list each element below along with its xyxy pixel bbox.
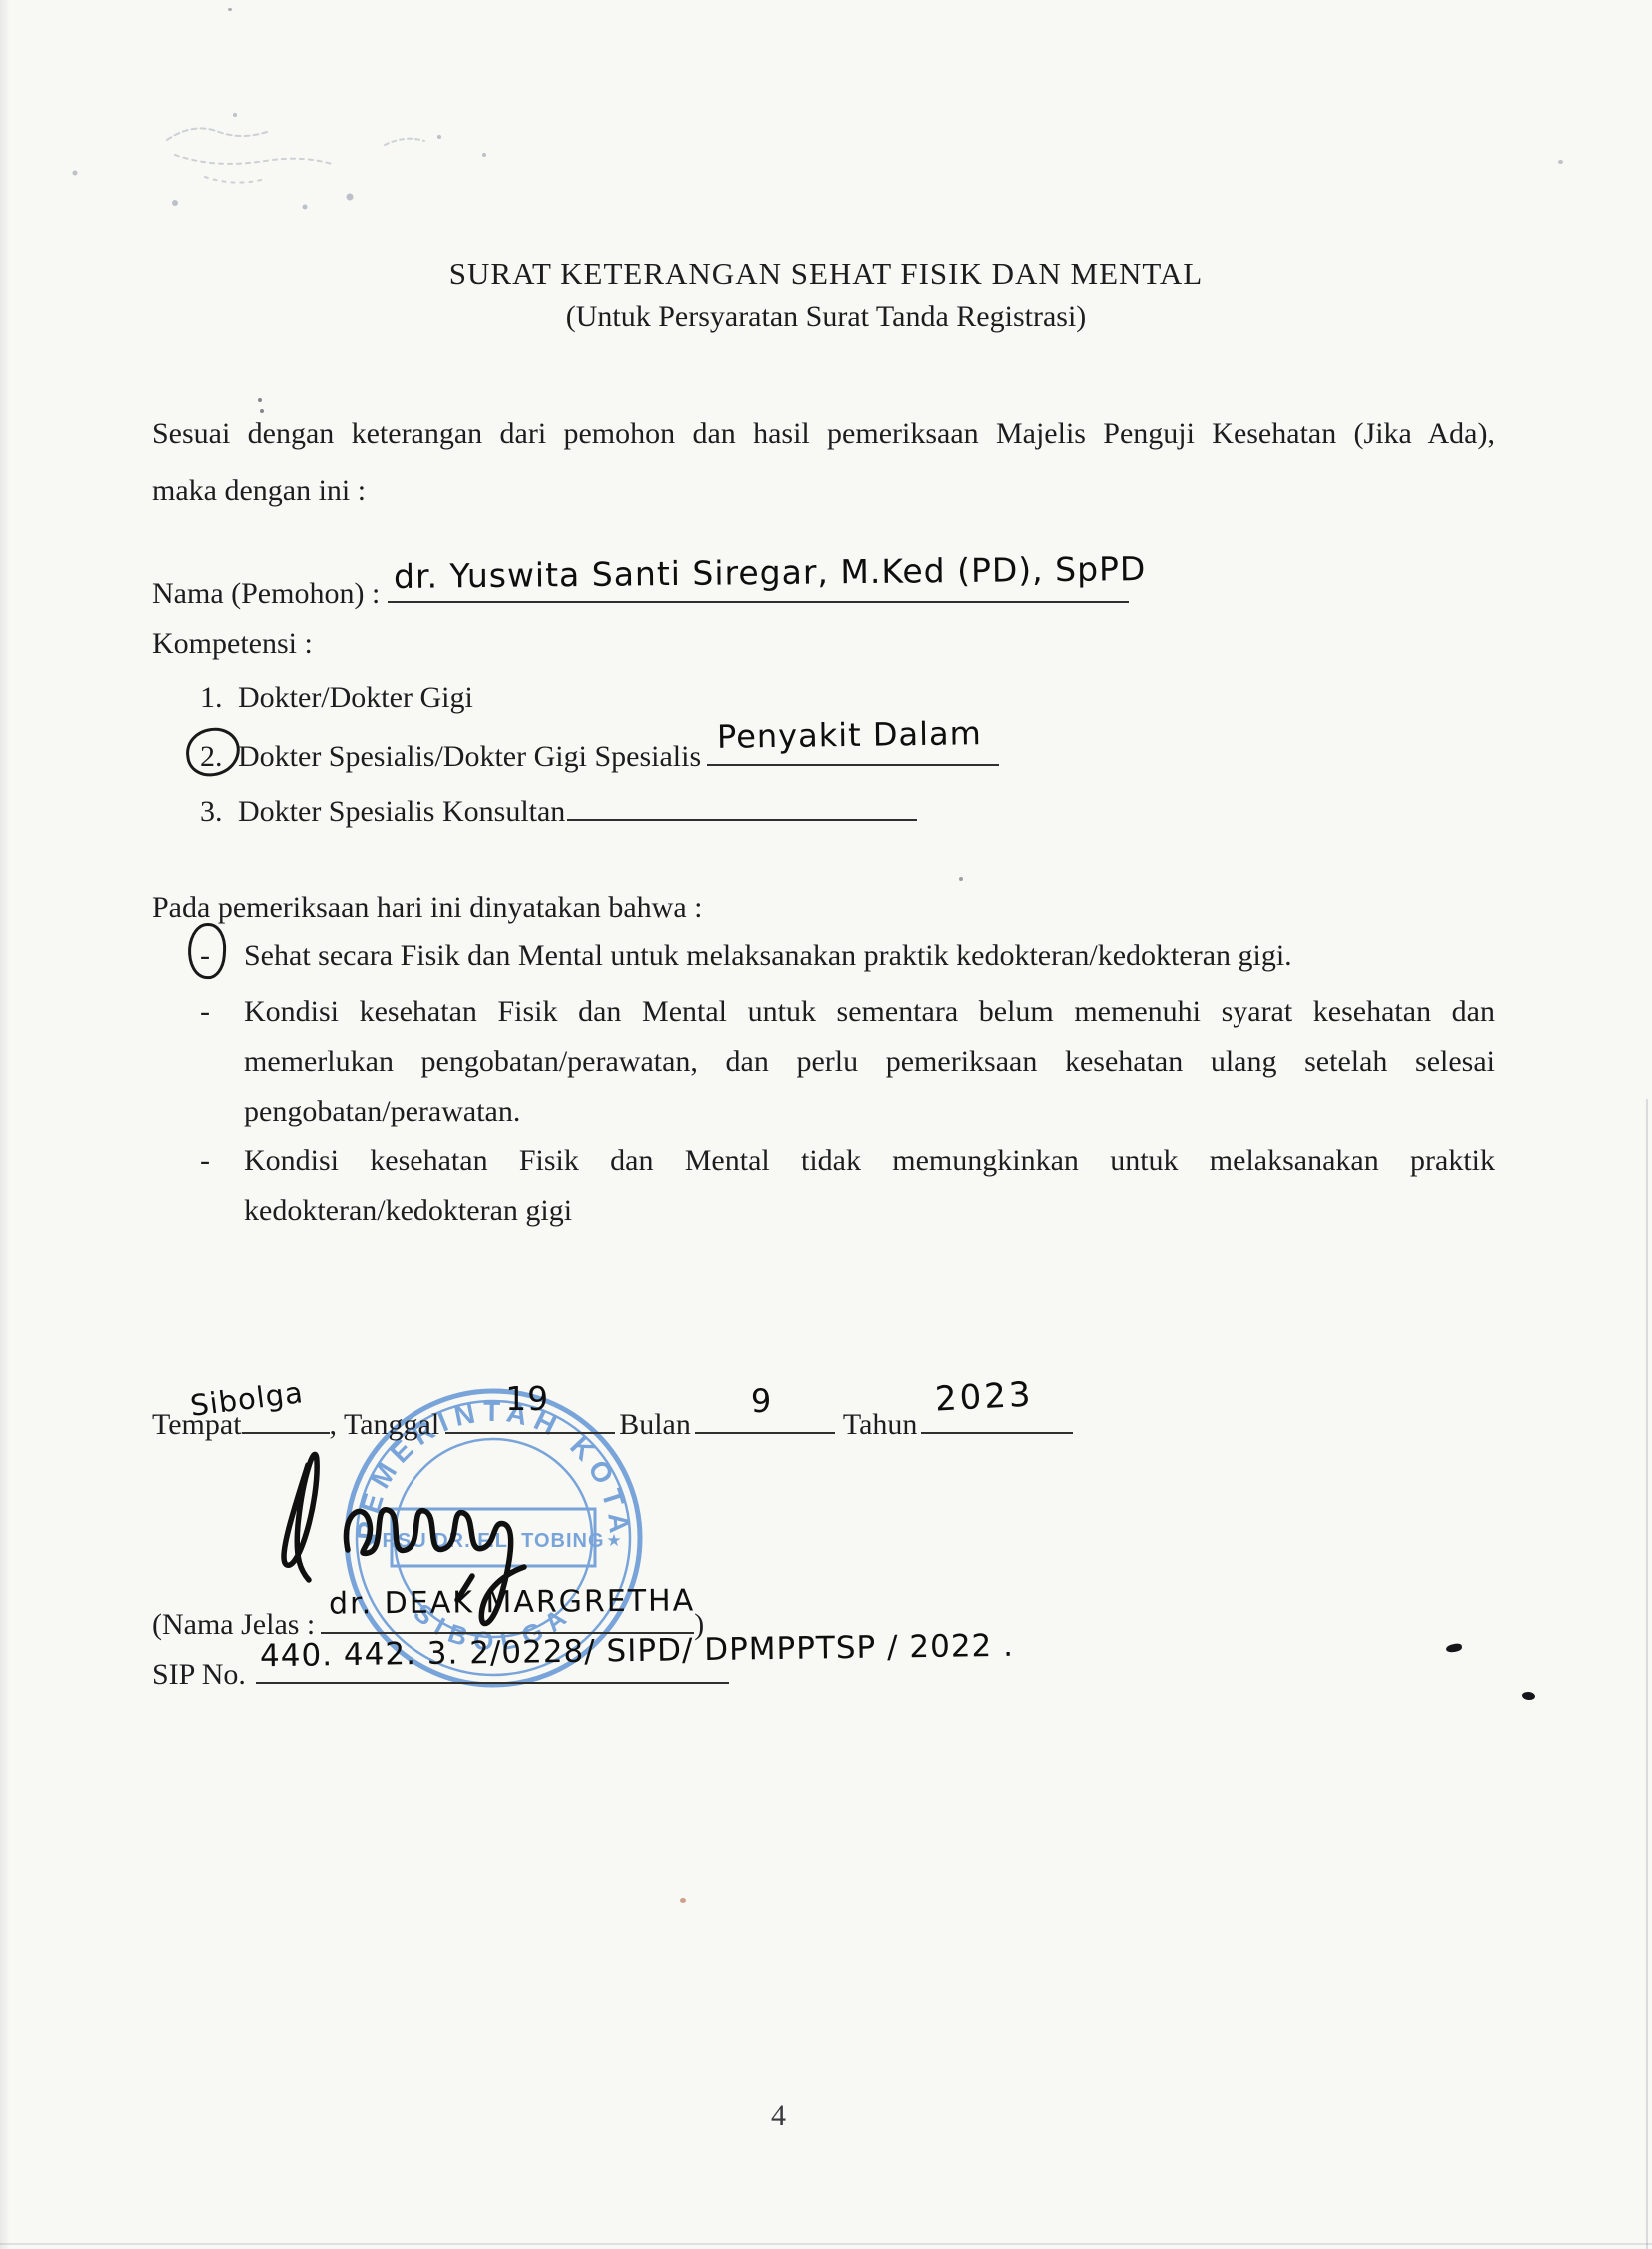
pencil-smudge xyxy=(55,85,494,235)
kompetensi-item-3: 3. Dokter Spesialis Konsultan xyxy=(200,783,917,837)
kompetensi-label: Kompetensi : xyxy=(152,619,313,669)
statement-option-3: - Kondisi kesehatan Fisik dan Mental tid… xyxy=(200,1136,1495,1236)
applicant-name-handwritten: dr. Yuswita Santi Siregar, M.Ked (PD), S… xyxy=(394,544,1147,602)
kompetensi-item-2-handwritten: Penyakit Dalam xyxy=(717,708,982,762)
statement-option-3-marker: - xyxy=(200,1136,244,1186)
signature-stroke-left xyxy=(284,1454,317,1580)
hand-drawn-circle-item-2 xyxy=(183,725,242,779)
bulan-label: Bulan xyxy=(619,1400,691,1450)
kompetensi-item-1-number: 1. xyxy=(200,673,238,723)
statement-option-2-text: Kondisi kesehatan Fisik dan Mental untuk… xyxy=(244,987,1495,1136)
page-number: 4 xyxy=(771,2091,786,2141)
statement-option-2: - Kondisi kesehatan Fisik dan Mental unt… xyxy=(200,987,1495,1136)
statement-option-3-line-2: kedokteran/kedokteran gigi xyxy=(244,1186,1495,1236)
statement-option-3-line-1: Kondisi kesehatan Fisik dan Mental tidak… xyxy=(244,1136,1495,1186)
bulan-blank: 9 xyxy=(695,1396,835,1434)
sip-label: SIP No. xyxy=(152,1650,246,1700)
statement-option-2-line-2: memerlukan pengobatan/perawatan, dan per… xyxy=(244,1037,1495,1087)
scan-edge-bottom xyxy=(0,2243,1652,2245)
statement-option-2-line-3: pengobatan/perawatan. xyxy=(244,1087,1495,1136)
tahun-blank: 2023 xyxy=(921,1396,1073,1434)
statement-option-2-line-1: Kondisi kesehatan Fisik dan Mental untuk… xyxy=(244,987,1495,1037)
ink-speck xyxy=(228,8,232,11)
statement-label: Pada pemeriksaan hari ini dinyatakan bah… xyxy=(152,883,702,933)
kompetensi-item-3-number: 3. xyxy=(200,787,238,837)
ink-speck xyxy=(1558,160,1563,164)
nama-jelas-handwritten: dr. DEAK MARGRETHA xyxy=(329,1576,696,1629)
ink-speck xyxy=(258,398,262,402)
kompetensi-item-2-blank: Penyakit Dalam xyxy=(707,728,999,766)
kompetensi-item-2: 2. Dokter Spesialis/Dokter Gigi Spesiali… xyxy=(200,728,999,782)
ink-speck xyxy=(680,1898,686,1903)
applicant-name-label: Nama (Pemohon) : xyxy=(152,569,380,619)
intro-paragraph: Sesuai dengan keterangan dari pemohon da… xyxy=(152,405,1495,519)
statement-option-1: - Sehat secara Fisik dan Mental untuk me… xyxy=(200,931,1495,981)
kompetensi-item-2-text: Dokter Spesialis/Dokter Gigi Spesialis xyxy=(238,732,701,782)
bulan-handwritten: 9 xyxy=(751,1376,772,1426)
statement-option-1-text: Sehat secara Fisik dan Mental untuk mela… xyxy=(244,931,1495,981)
statement-option-1-marker: - xyxy=(200,931,244,981)
sip-row: SIP No. 440. 442. 3. 2/0228/ SIPD/ DPMPP… xyxy=(152,1646,729,1700)
ink-speck xyxy=(959,877,963,881)
applicant-name-row: Nama (Pemohon) : dr. Yuswita Santi Sireg… xyxy=(152,565,1129,619)
stamp-star-right-icon: ★ xyxy=(606,1531,621,1550)
scan-edge-right xyxy=(1646,1099,1648,2249)
intro-line-1: Sesuai dengan keterangan dari pemohon da… xyxy=(152,405,1495,462)
kompetensi-item-1-text: Dokter/Dokter Gigi xyxy=(238,673,473,723)
sip-blank: 440. 442. 3. 2/0228/ SIPD/ DPMPPTSP / 20… xyxy=(256,1646,729,1684)
tahun-handwritten: 2023 xyxy=(934,1369,1035,1424)
document-subtitle: (Untuk Persyaratan Surat Tanda Registras… xyxy=(0,300,1652,334)
intro-line-2: maka dengan ini : xyxy=(152,462,1495,519)
kompetensi-item-2-number: 2. xyxy=(200,732,238,782)
scan-edge-left xyxy=(0,0,10,2249)
ink-blot xyxy=(1522,1691,1536,1700)
tahun-label: Tahun xyxy=(843,1400,918,1450)
document-title: SURAT KETERANGAN SEHAT FISIK DAN MENTAL xyxy=(0,256,1652,292)
applicant-name-blank: dr. Yuswita Santi Siregar, M.Ked (PD), S… xyxy=(388,565,1129,603)
ink-blot xyxy=(1446,1643,1463,1653)
kompetensi-item-3-text: Dokter Spesialis Konsultan xyxy=(238,787,565,837)
scanned-document-page: SURAT KETERANGAN SEHAT FISIK DAN MENTAL … xyxy=(0,0,1652,2249)
sip-handwritten: 440. 442. 3. 2/0228/ SIPD/ DPMPPTSP / 20… xyxy=(260,1621,1015,1682)
statement-option-2-marker: - xyxy=(200,987,244,1037)
statement-option-3-text: Kondisi kesehatan Fisik dan Mental tidak… xyxy=(244,1136,1495,1236)
kompetensi-item-1: 1. Dokter/Dokter Gigi xyxy=(200,673,473,723)
kompetensi-item-3-blank xyxy=(567,783,917,821)
